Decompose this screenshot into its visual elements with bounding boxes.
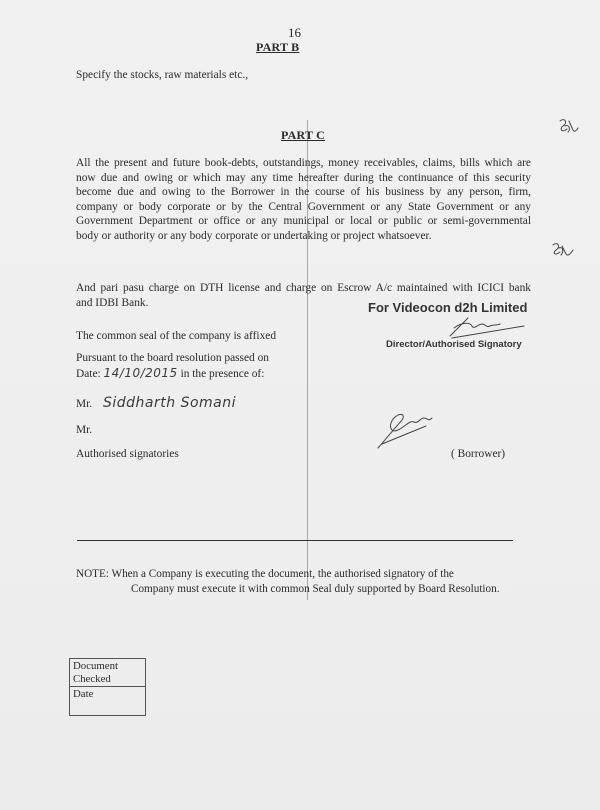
note-line-1: NOTE: When a Company is executing the do… [76,568,454,580]
document-checked-box: Document Checked Date [69,658,146,716]
part-c-line: Government Department or office or any m… [76,214,531,229]
part-c-line: company or body corporate or by the Cent… [76,200,531,215]
witness-1-prefix: Mr. [76,398,92,410]
resolution-date-line: Date: 14/10/2015 in the presence of: [76,366,264,382]
witness-2: Mr. [76,423,92,438]
check-date-cell: Date [70,687,146,716]
part-c-paragraph: All the present and future book-debts, o… [76,156,531,244]
witness-1: Mr. Siddharth Somani [76,396,236,412]
note-text: NOTE: When a Company is executing the do… [76,567,500,596]
seal-text: The common seal of the company is affixe… [76,329,276,344]
note-line-2: Company must execute it with common Seal… [76,582,500,597]
witness-1-name: Siddharth Somani [103,395,236,411]
part-c-line: body or authority or any body corporate … [76,229,531,244]
borrower-label: ( Borrower) [451,447,505,462]
director-designation: Director/Authorised Signatory [386,339,522,350]
authorised-signatories-label: Authorised signatories [76,447,179,462]
part-b-heading: PART B [256,40,299,55]
initials-mid-icon [548,240,574,260]
date-label: Date: [76,368,101,380]
pursuant-text: Pursuant to the board resolution passed … [76,351,269,366]
part-b-text: Specify the stocks, raw materials etc., [76,68,248,83]
document-page: 16 PART B Specify the stocks, raw materi… [0,0,600,810]
initials-top-icon [556,117,580,137]
divider-line [77,540,513,541]
page-number: 16 [288,25,301,41]
date-suffix: in the presence of: [181,368,265,380]
document-checked-label: Document Checked [70,659,146,687]
pari-pasu-line: And pari pasu charge on DTH license and … [76,281,531,296]
part-c-heading: PART C [281,128,325,143]
director-signature-icon [448,314,528,340]
borrower-signature-icon [376,410,436,450]
part-c-line: All the present and future book-debts, o… [76,156,531,171]
part-c-line: become due and owing to the Borrower in … [76,185,531,200]
date-value: 14/10/2015 [104,366,178,380]
part-c-line: now due and owing or which may any time … [76,171,531,186]
company-stamp: For Videocon d2h Limited [368,300,527,315]
